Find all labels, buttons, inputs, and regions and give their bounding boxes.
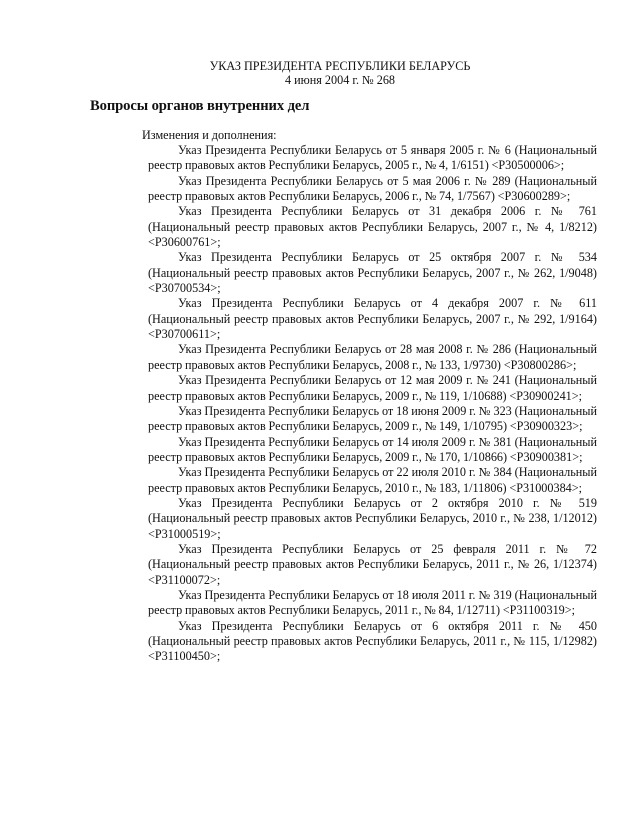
amendment-item: Указ Президента Республики Беларусь от 1… xyxy=(148,435,597,466)
document-title: Вопросы органов внутренних дел xyxy=(90,98,309,115)
amendment-item: Указ Президента Республики Беларусь от 2… xyxy=(148,250,597,296)
header-decree-date: 4 июня 2004 г. № 268 xyxy=(200,73,480,87)
amendment-item: Указ Президента Республики Беларусь от 2… xyxy=(148,465,597,496)
amendment-item: Указ Президента Республики Беларусь от 5… xyxy=(148,174,597,205)
amendment-item: Указ Президента Республики Беларусь от 5… xyxy=(148,143,597,174)
header-decree-title: УКАЗ ПРЕЗИДЕНТА РЕСПУБЛИКИ БЕЛАРУСЬ xyxy=(200,59,480,73)
amendment-item: Указ Президента Республики Беларусь от 1… xyxy=(148,404,597,435)
amendment-item: Указ Президента Республики Беларусь от 1… xyxy=(148,373,597,404)
amendment-item: Указ Президента Республики Беларусь от 2… xyxy=(148,342,597,373)
amendment-item: Указ Президента Республики Беларусь от 4… xyxy=(148,296,597,342)
amendment-item: Указ Президента Республики Беларусь от 6… xyxy=(148,619,597,665)
amendments-intro: Изменения и дополнения: xyxy=(142,128,277,143)
amendment-item: Указ Президента Республики Беларусь от 1… xyxy=(148,588,597,619)
amendment-item: Указ Президента Республики Беларусь от 3… xyxy=(148,204,597,250)
document-page: УКАЗ ПРЕЗИДЕНТА РЕСПУБЛИКИ БЕЛАРУСЬ 4 ию… xyxy=(0,0,640,828)
amendment-item: Указ Президента Республики Беларусь от 2… xyxy=(148,542,597,588)
amendment-item: Указ Президента Республики Беларусь от 2… xyxy=(148,496,597,542)
amendments-list: Указ Президента Республики Беларусь от 5… xyxy=(148,143,597,665)
document-header: УКАЗ ПРЕЗИДЕНТА РЕСПУБЛИКИ БЕЛАРУСЬ 4 ию… xyxy=(200,59,480,87)
